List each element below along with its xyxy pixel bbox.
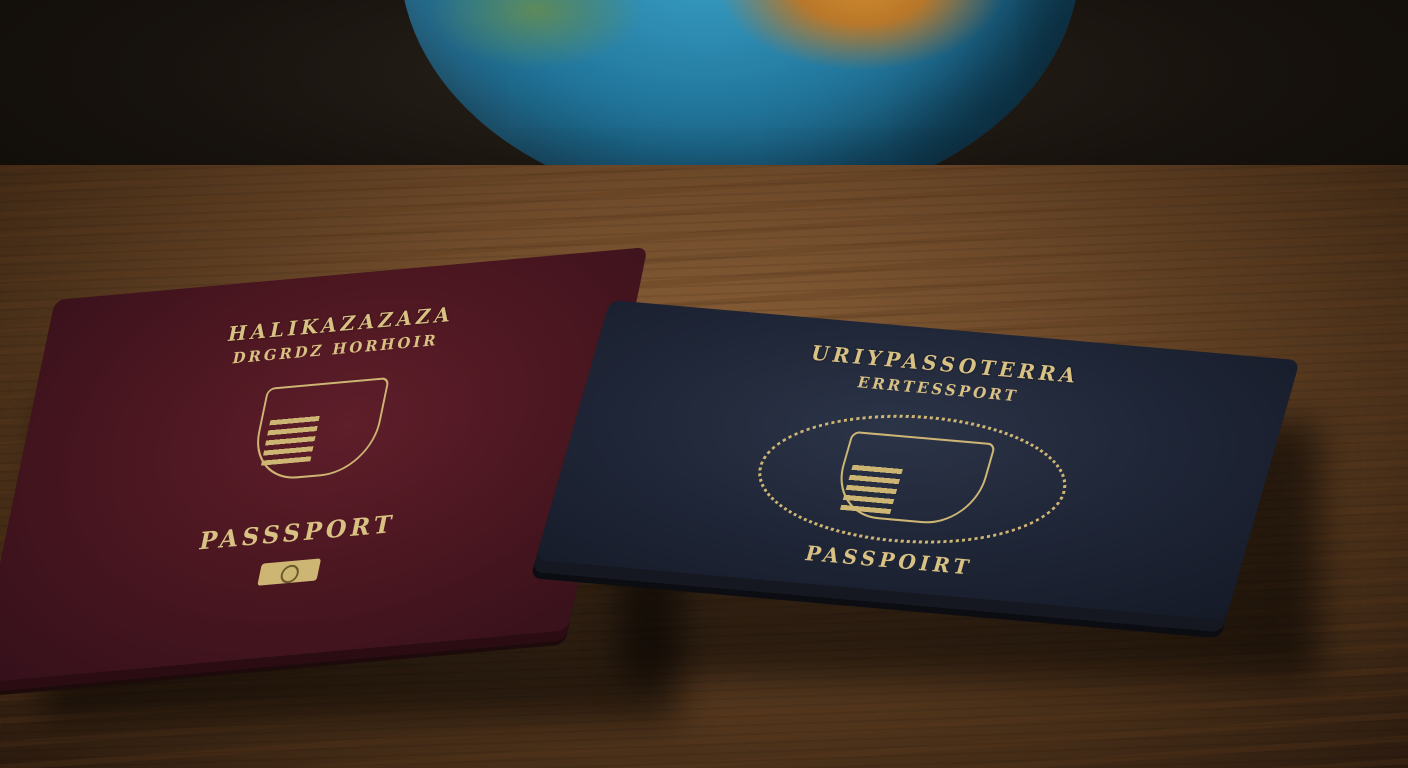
laurel-wreath-icon bbox=[741, 403, 1083, 556]
crest-icon bbox=[828, 431, 996, 528]
biometric-chip-icon bbox=[257, 558, 321, 585]
red-passport: HALIKAZAZAZA DRGRDZ HORHOIR PASSSPORT bbox=[0, 247, 648, 683]
crest-icon bbox=[248, 377, 390, 483]
